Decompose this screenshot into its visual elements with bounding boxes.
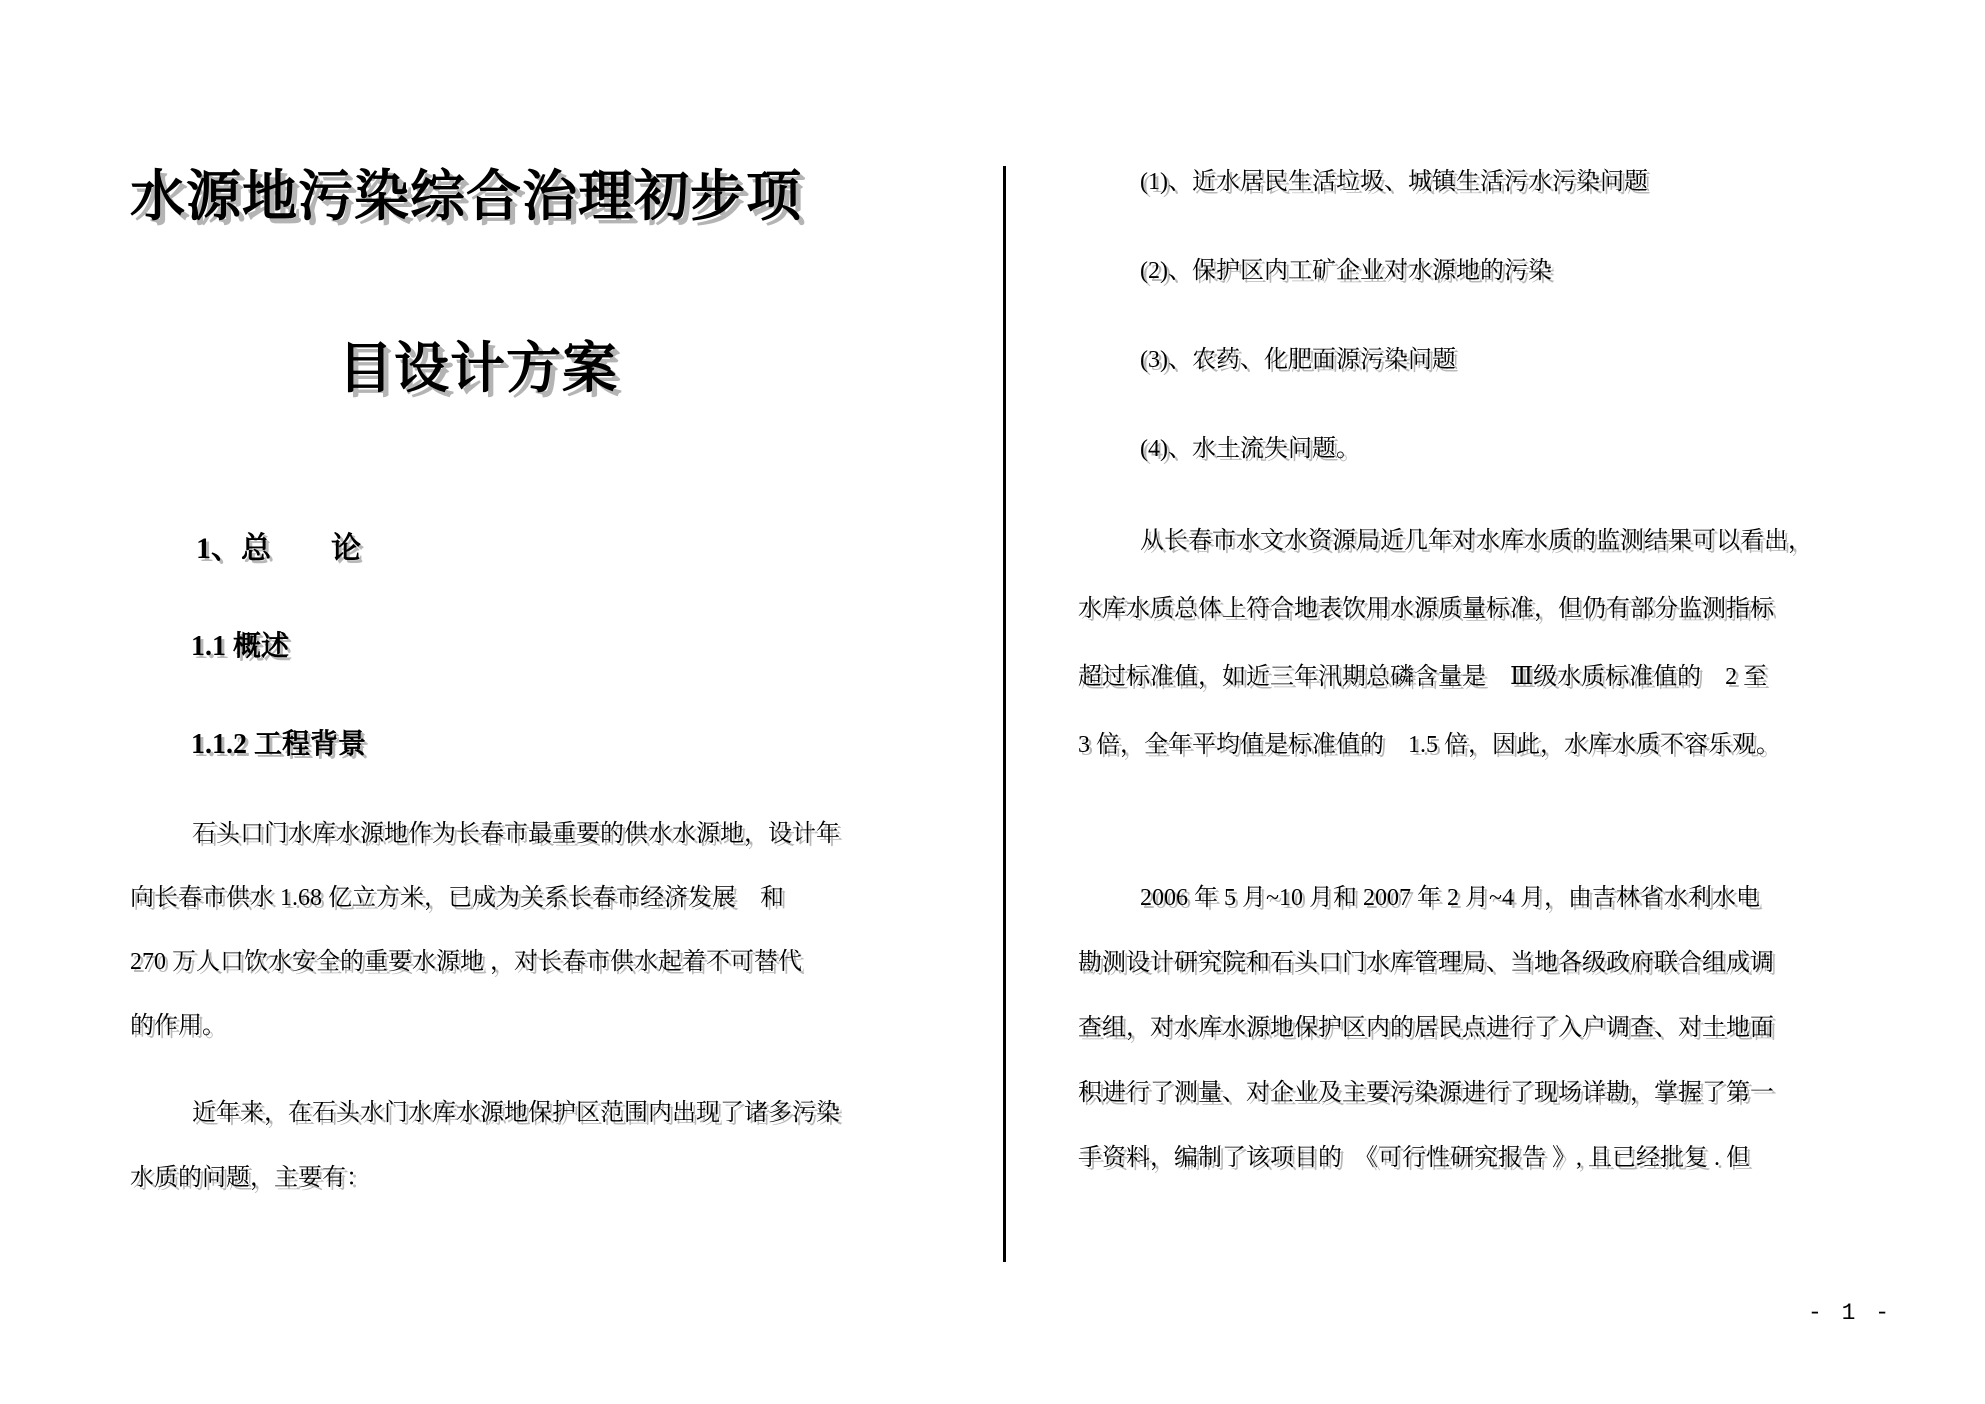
text-line: 的作用。 [130,994,840,1058]
text-line: 手资料，编制了该项目的 《可行性研究报告 》, 且已经批复 . 但 [1078,1126,1774,1191]
section-heading-overview: 1.1 概述 [191,630,289,664]
text-line: 3 倍，全年平均值是标准值的 1.5 倍，因此，水库水质不容乐观。 [1078,711,1812,779]
text-line: 向长春市供水 1.68 亿立方米，已成为关系长春市经济发展 和 [130,866,840,930]
paragraph-project-background: 石头口门水库水源地作为长春市最重要的供水水源地，设计年向长春市供水 1.68 亿… [130,802,840,1058]
text-line: 从长春市水文水资源局近几年对水库水质的监测结果可以看出， [1078,507,1812,575]
paragraph-recent-years: 近年来，在石头水门水库水源地保护区范围内出现了诸多污染水质的问题，主要有： [130,1081,840,1211]
text-line: 270 万人口饮水安全的重要水源地 ，对长春市供水起着不可替代 [130,930,840,994]
text-line: (3)、农药、化肥面源污染问题 [1140,316,1648,405]
text-line: (2)、保护区内工矿企业对水源地的污染 [1140,227,1648,316]
subsection-heading-project-background: 1.1.2 工程背景 [191,728,366,762]
text-line: 2006 年 5 月~10 月和 2007 年 2 月~4 月，由吉林省水利水电 [1078,866,1774,931]
text-line: (4)、水土流失问题。 [1140,405,1648,494]
text-line: 石头口门水库水源地作为长春市最重要的供水水源地，设计年 [130,802,840,866]
text-line: 积进行了测量、对企业及主要污染源进行了现场详勘，掌握了第一 [1078,1061,1774,1126]
chapter-heading-general: 1、总 论 [196,531,361,567]
document-title-line1: 水源地污染综合治理初步项 [130,165,802,228]
paragraph-water-quality-monitoring: 从长春市水文水资源局近几年对水库水质的监测结果可以看出，水库水质总体上符合地表饮… [1078,507,1812,779]
text-line: 水库水质总体上符合地表饮用水源质量标准，但仍有部分监测指标 [1078,575,1812,643]
text-line: 超过标准值，如近三年汛期总磷含量是 Ⅲ级水质标准值的 2 至 [1078,643,1812,711]
text-line: 勘测设计研究院和石头口门水库管理局、当地各级政府联合组成调 [1078,931,1774,996]
document-title-line2: 目设计方案 [338,337,618,400]
document-page-spread: 水源地污染综合治理初步项 目设计方案 1、总 论 1.1 概述 1.1.2 工程… [0,0,1985,1404]
text-line: 水质的问题，主要有： [130,1146,840,1211]
text-line: 近年来，在石头水门水库水源地保护区范围内出现了诸多污染 [130,1081,840,1146]
paragraph-survey-work: 2006 年 5 月~10 月和 2007 年 2 月~4 月，由吉林省水利水电… [1078,866,1774,1191]
page-number: - 1 - [1808,1300,1892,1326]
text-line: 查组，对水库水源地保护区内的居民点进行了入户调查、对土地面 [1078,996,1774,1061]
text-line: (1)、近水居民生活垃圾、城镇生活污水污染问题 [1140,138,1648,227]
page-divider-line [1003,166,1006,1262]
pollution-issue-list: (1)、近水居民生活垃圾、城镇生活污水污染问题(2)、保护区内工矿企业对水源地的… [1140,138,1648,494]
